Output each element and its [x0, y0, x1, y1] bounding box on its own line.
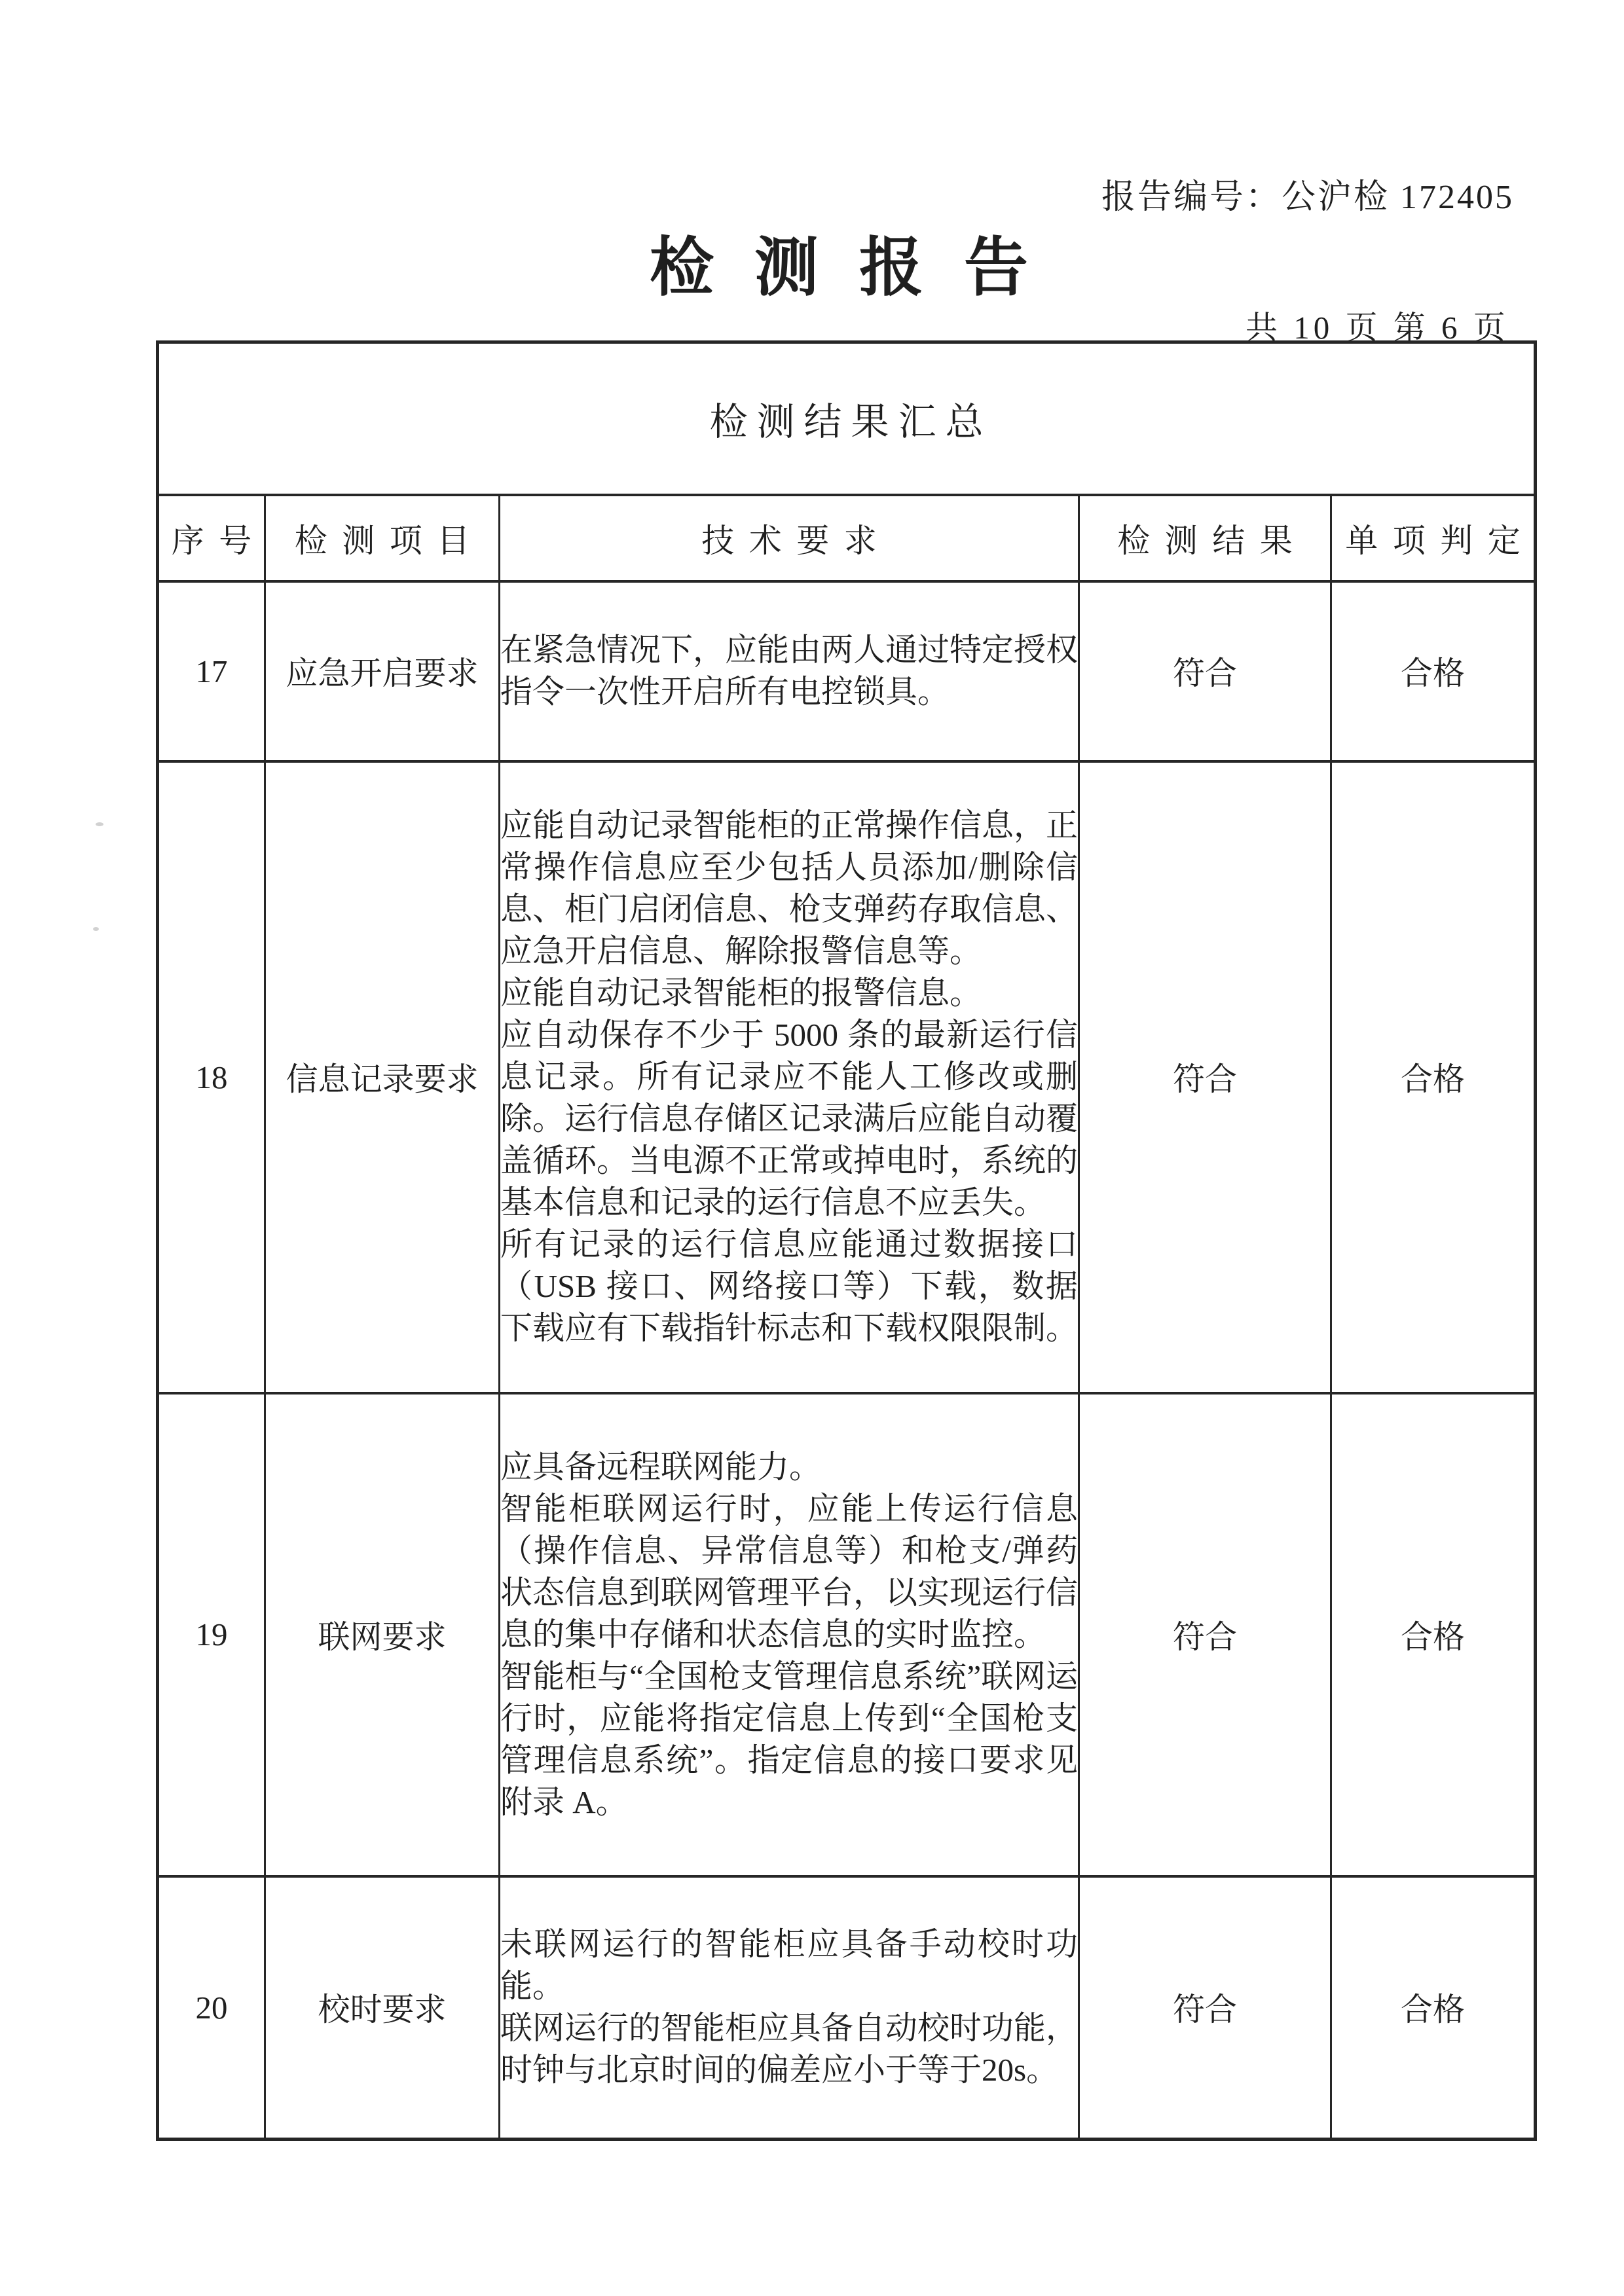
- table-row: 19 联网要求 应具备远程联网能力。 智能柜联网运行时，应能上传运行信息（操作信…: [158, 1393, 1536, 1876]
- requirement-paragraph: 智能柜联网运行时，应能上传运行信息（操作信息、异常信息等）和枪支/弹药状态信息到…: [500, 1488, 1078, 1656]
- requirements-cell: 未联网运行的智能柜应具备手动校时功能。 联网运行的智能柜应具备自动校时功能，时钟…: [500, 1876, 1079, 2140]
- row-index-cell: 19: [158, 1393, 265, 1876]
- col-header-item: 检 测 项 目: [265, 495, 500, 581]
- requirement-paragraph: 应自动保存不少于 5000 条的最新运行信息记录。所有记录应不能人工修改或删除。…: [500, 1014, 1078, 1224]
- scan-speck: [93, 927, 99, 931]
- scan-speck: [96, 822, 103, 826]
- requirement-paragraph: 应能自动记录智能柜的正常操作信息，正常操作信息应至少包括人员添加/删除信息、柜门…: [500, 805, 1078, 972]
- row-index-cell: 20: [158, 1876, 265, 2140]
- table-row: 18 信息记录要求 应能自动记录智能柜的正常操作信息，正常操作信息应至少包括人员…: [158, 761, 1536, 1393]
- judgement-cell: 合格: [1331, 581, 1536, 761]
- table-row: 17 应急开启要求 在紧急情况下，应能由两人通过特定授权指令一次性开启所有电控锁…: [158, 581, 1536, 761]
- result-cell: 符合: [1079, 1876, 1331, 2140]
- report-page: 报告编号：公沪检 172405 检测报告 共 10 页 第 6 页 检测结果汇总…: [0, 0, 1624, 2296]
- judgement-cell: 合格: [1331, 1393, 1536, 1876]
- item-cell: 校时要求: [265, 1876, 500, 2140]
- judgement-cell: 合格: [1331, 1876, 1536, 2140]
- col-header-result: 检 测 结 果: [1079, 495, 1331, 581]
- item-cell: 应急开启要求: [265, 581, 500, 761]
- result-cell: 符合: [1079, 581, 1331, 761]
- requirement-paragraph: 智能柜与“全国枪支管理信息系统”联网运行时，应能将指定信息上传到“全国枪支管理信…: [500, 1656, 1078, 1823]
- table-title-row: 检测结果汇总: [158, 342, 1536, 495]
- requirement-paragraph: 在紧急情况下，应能由两人通过特定授权指令一次性开启所有电控锁具。: [500, 629, 1078, 713]
- requirement-paragraph: 应能自动记录智能柜的报警信息。: [500, 972, 1078, 1014]
- judgement-cell: 合格: [1331, 761, 1536, 1393]
- requirements-cell: 应具备远程联网能力。 智能柜联网运行时，应能上传运行信息（操作信息、异常信息等）…: [500, 1393, 1079, 1876]
- result-cell: 符合: [1079, 1393, 1331, 1876]
- requirement-paragraph: 联网运行的智能柜应具备自动校时功能，时钟与北京时间的偏差应小于等于20s。: [500, 2007, 1078, 2091]
- result-cell: 符合: [1079, 761, 1331, 1393]
- requirement-paragraph: 未联网运行的智能柜应具备手动校时功能。: [500, 1923, 1078, 2007]
- report-number: 报告编号：公沪检 172405: [1101, 169, 1514, 218]
- requirements-cell: 在紧急情况下，应能由两人通过特定授权指令一次性开启所有电控锁具。: [500, 581, 1079, 761]
- col-header-index: 序 号: [158, 495, 265, 581]
- item-cell: 信息记录要求: [265, 761, 500, 1393]
- row-index-cell: 17: [158, 581, 265, 761]
- results-table: 检测结果汇总 序 号 检 测 项 目 技 术 要 求 检 测 结 果 单 项 判…: [156, 340, 1537, 2141]
- table-header-row: 序 号 检 测 项 目 技 术 要 求 检 测 结 果 单 项 判 定: [158, 495, 1536, 581]
- document-title: 检测报告: [650, 216, 1069, 308]
- requirement-paragraph: 所有记录的运行信息应能通过数据接口（USB 接口、网络接口等）下载，数据下载应有…: [500, 1224, 1078, 1349]
- table-title: 检测结果汇总: [158, 342, 1536, 495]
- col-header-judgement: 单 项 判 定: [1331, 495, 1536, 581]
- item-cell: 联网要求: [265, 1393, 500, 1876]
- row-index-cell: 18: [158, 761, 265, 1393]
- col-header-requirement: 技 术 要 求: [500, 495, 1079, 581]
- requirements-cell: 应能自动记录智能柜的正常操作信息，正常操作信息应至少包括人员添加/删除信息、柜门…: [500, 761, 1079, 1393]
- table-row: 20 校时要求 未联网运行的智能柜应具备手动校时功能。 联网运行的智能柜应具备自…: [158, 1876, 1536, 2140]
- requirement-paragraph: 应具备远程联网能力。: [500, 1446, 1078, 1488]
